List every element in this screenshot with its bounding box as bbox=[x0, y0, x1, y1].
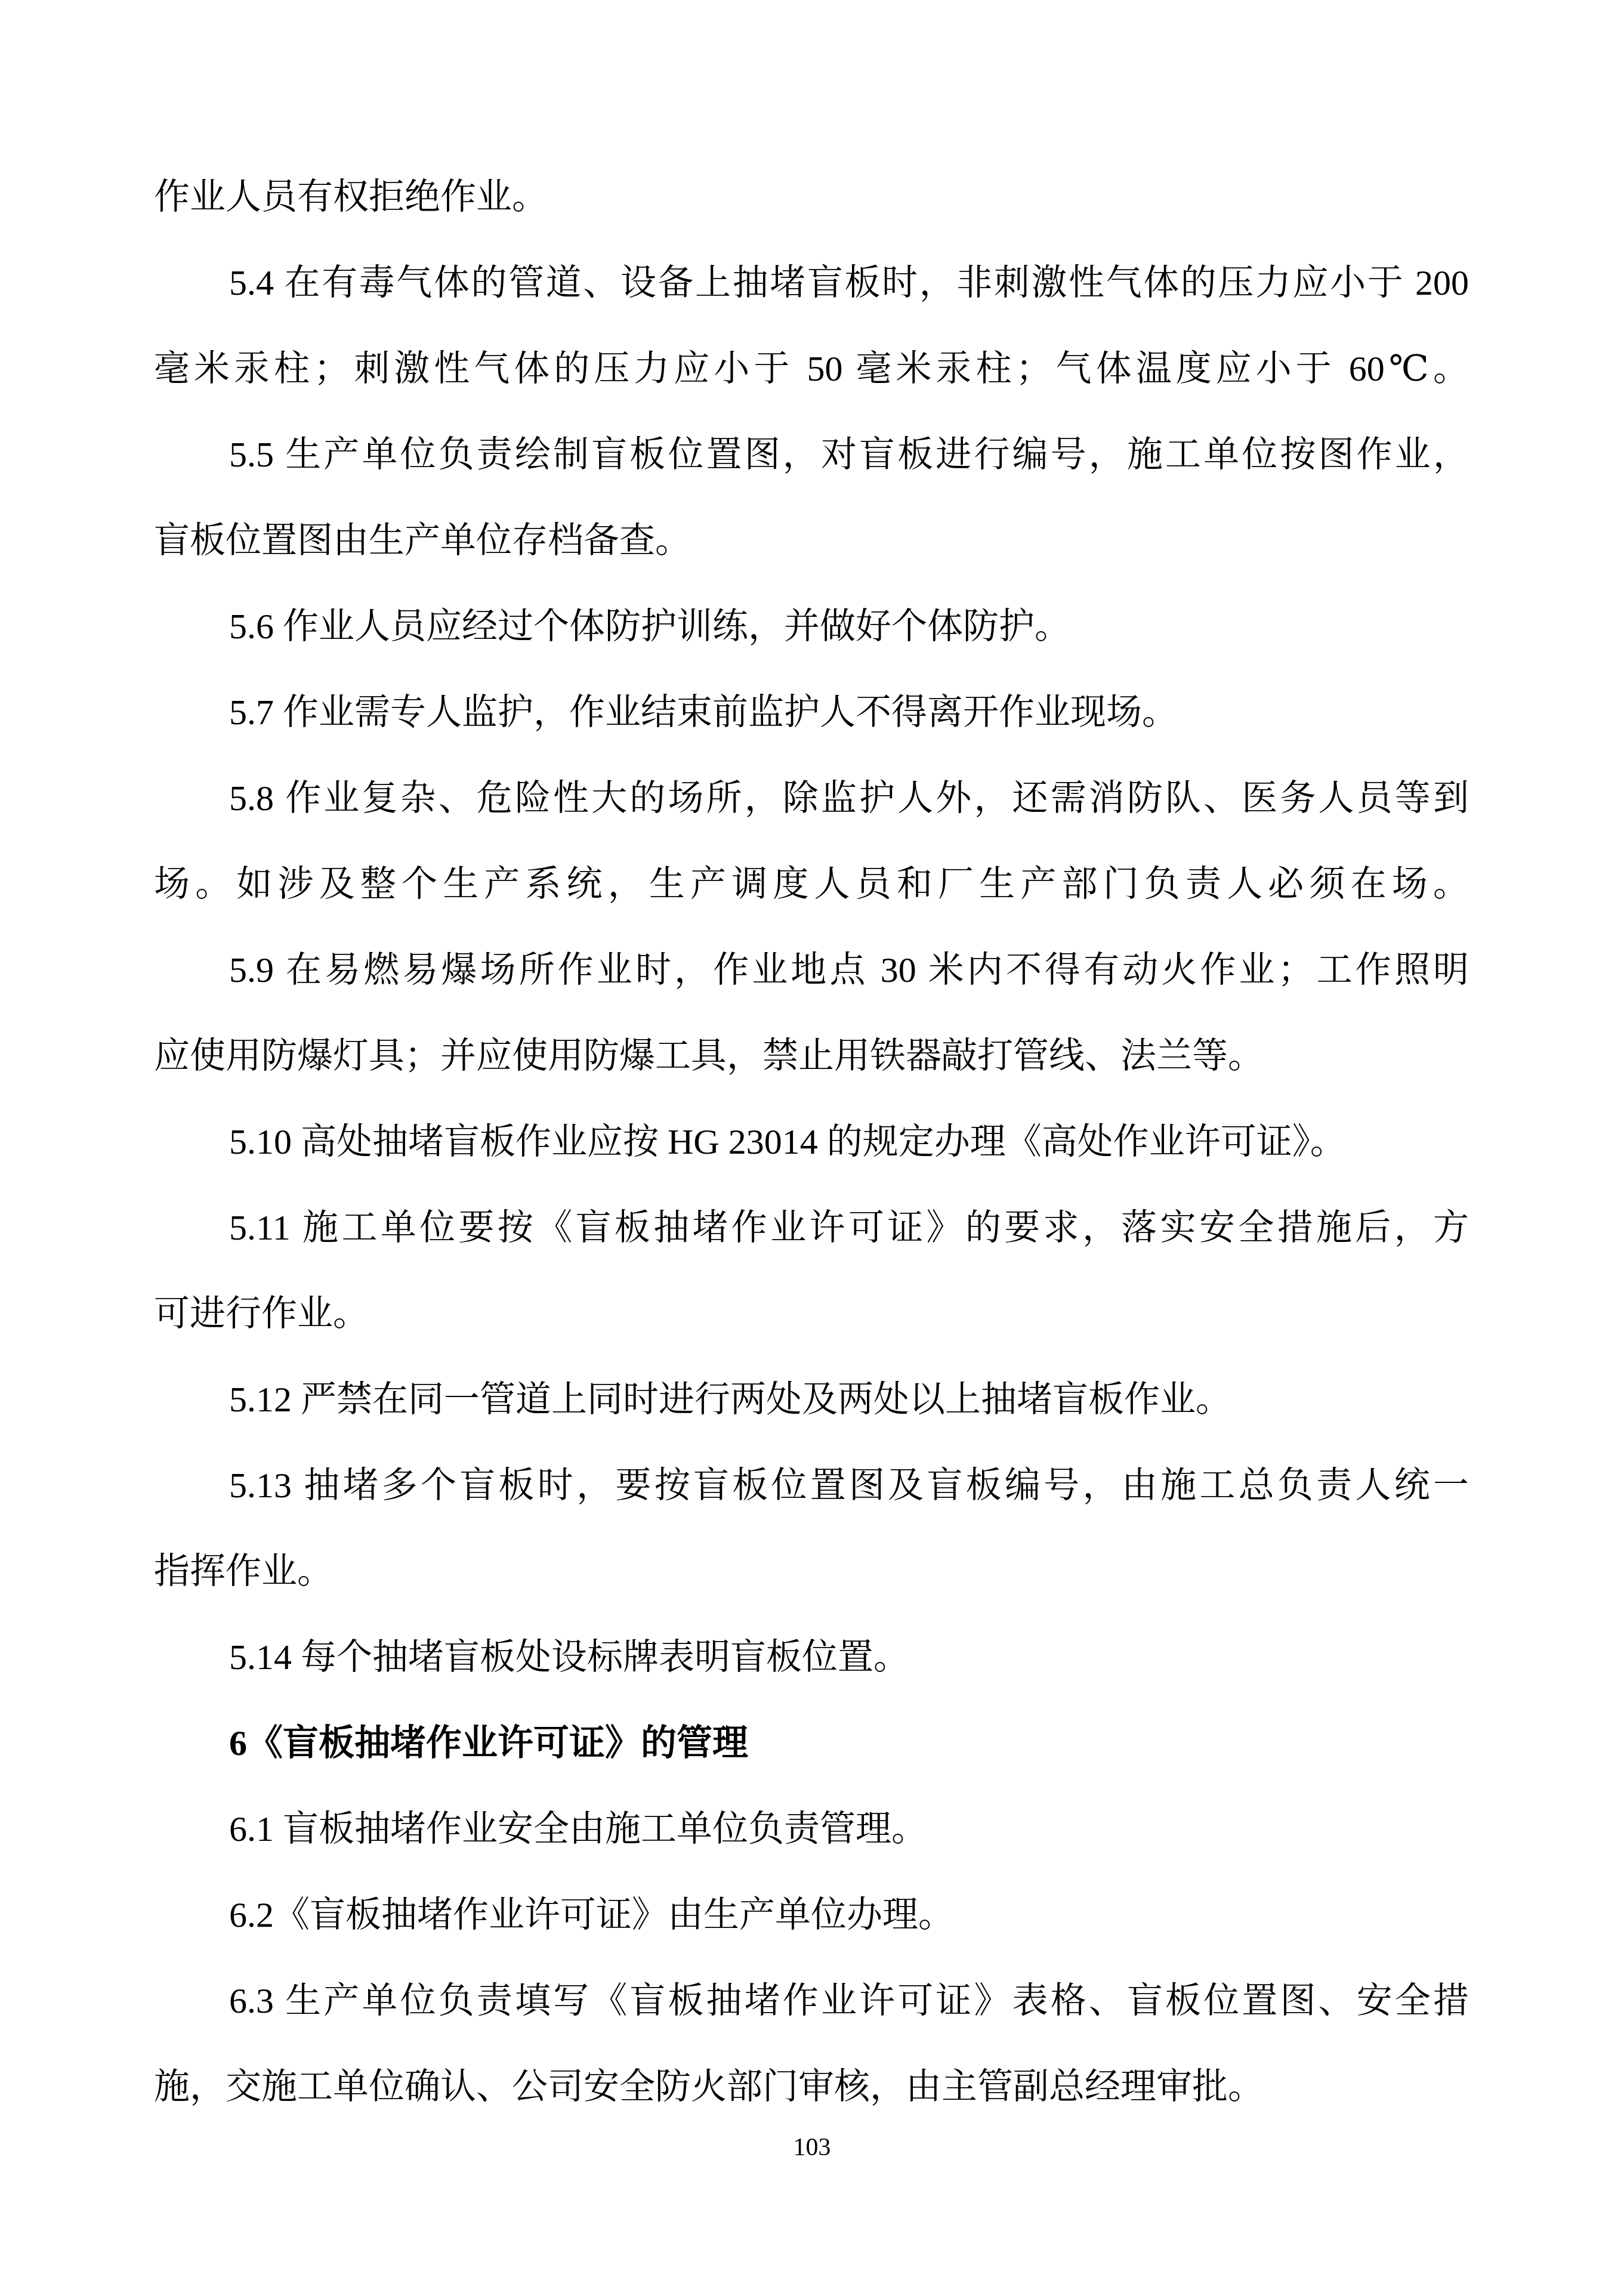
document-page: 作业人员有权拒绝作业。 5.4 在有毒气体的管道、设备上抽堵盲板时，非刺激性气体… bbox=[0, 0, 1624, 2296]
text-line-5-14: 5.14 每个抽堵盲板处设标牌表明盲板位置。 bbox=[154, 1614, 1469, 1700]
text-line-5-11-cont: 可进行作业。 bbox=[154, 1271, 1469, 1356]
text-line-5-8: 5.8 作业复杂、危险性大的场所，除监护人外，还需消防队、医务人员等到 bbox=[154, 755, 1469, 841]
text-line-5-5-cont: 盲板位置图由生产单位存档备查。 bbox=[154, 497, 1469, 583]
text-line-5-4: 5.4 在有毒气体的管道、设备上抽堵盲板时，非刺激性气体的压力应小于 200 bbox=[154, 240, 1469, 326]
text-line-6-2: 6.2《盲板抽堵作业许可证》由生产单位办理。 bbox=[154, 1872, 1469, 1958]
text-line-5-13-cont: 指挥作业。 bbox=[154, 1528, 1469, 1614]
text-line-continuation: 作业人员有权拒绝作业。 bbox=[154, 154, 1469, 240]
text-line-5-11: 5.11 施工单位要按《盲板抽堵作业许可证》的要求，落实安全措施后，方 bbox=[154, 1185, 1469, 1271]
text-line-5-12: 5.12 严禁在同一管道上同时进行两处及两处以上抽堵盲板作业。 bbox=[154, 1356, 1469, 1442]
text-line-5-7: 5.7 作业需专人监护，作业结束前监护人不得离开作业现场。 bbox=[154, 669, 1469, 755]
text-line-5-5: 5.5 生产单位负责绘制盲板位置图，对盲板进行编号，施工单位按图作业， bbox=[154, 412, 1469, 497]
text-line-5-13: 5.13 抽堵多个盲板时，要按盲板位置图及盲板编号，由施工总负责人统一 bbox=[154, 1442, 1469, 1528]
text-line-6-1: 6.1 盲板抽堵作业安全由施工单位负责管理。 bbox=[154, 1786, 1469, 1872]
text-line-5-4-cont: 毫米汞柱；刺激性气体的压力应小于 50 毫米汞柱；气体温度应小于 60℃。 bbox=[154, 326, 1469, 412]
text-line-5-8-cont: 场。如涉及整个生产系统，生产调度人员和厂生产部门负责人必须在场。 bbox=[154, 841, 1469, 927]
section-heading-6: 6《盲板抽堵作业许可证》的管理 bbox=[154, 1700, 1469, 1786]
text-line-6-3: 6.3 生产单位负责填写《盲板抽堵作业许可证》表格、盲板位置图、安全措 bbox=[154, 1958, 1469, 2044]
page-number: 103 bbox=[0, 2133, 1624, 2162]
text-line-5-10: 5.10 高处抽堵盲板作业应按 HG 23014 的规定办理《高处作业许可证》。 bbox=[154, 1099, 1469, 1185]
document-body: 作业人员有权拒绝作业。 5.4 在有毒气体的管道、设备上抽堵盲板时，非刺激性气体… bbox=[154, 154, 1469, 2130]
text-line-5-9-cont: 应使用防爆灯具；并应使用防爆工具，禁止用铁器敲打管线、法兰等。 bbox=[154, 1013, 1469, 1099]
text-line-5-6: 5.6 作业人员应经过个体防护训练，并做好个体防护。 bbox=[154, 583, 1469, 669]
text-line-6-3-cont: 施，交施工单位确认、公司安全防火部门审核，由主管副总经理审批。 bbox=[154, 2044, 1469, 2130]
text-line-5-9: 5.9 在易燃易爆场所作业时，作业地点 30 米内不得有动火作业；工作照明 bbox=[154, 927, 1469, 1013]
